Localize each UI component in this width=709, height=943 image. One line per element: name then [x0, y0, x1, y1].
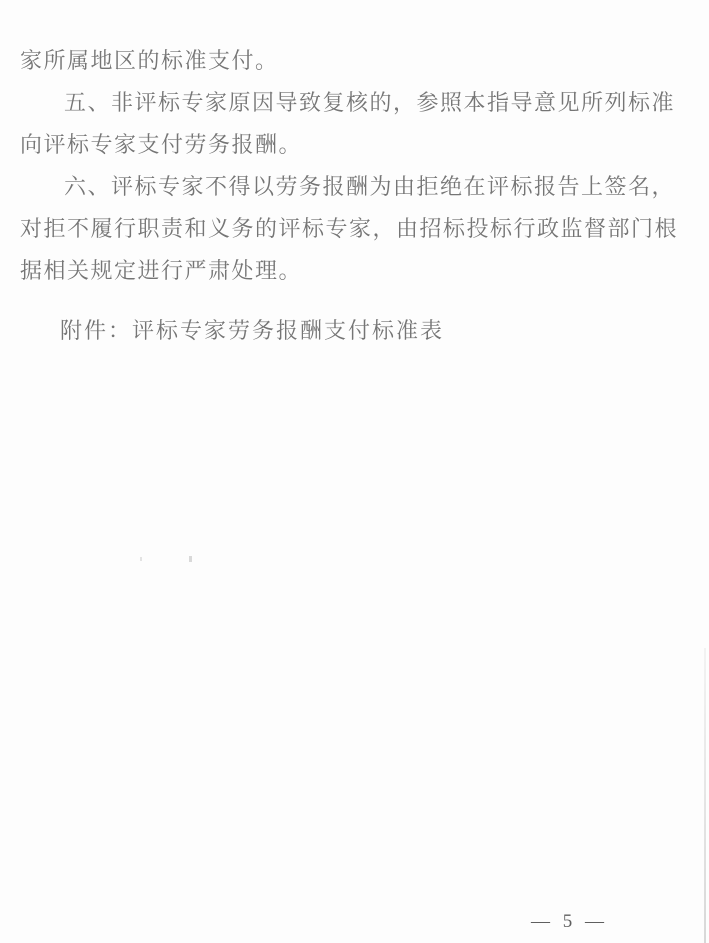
- document-line: 向评标专家支付劳务报酬。: [20, 124, 660, 166]
- scanned-document-page: 家所属地区的标准支付。五、非评标专家原因导致复核的，参照本指导意见所列标准向评标…: [0, 0, 709, 943]
- scan-speckle: [140, 557, 142, 561]
- attachment-note: 附件：评标专家劳务报酬支付标准表: [60, 310, 444, 352]
- page-number: — 5 —: [531, 910, 608, 934]
- document-line: 六、评标专家不得以劳务报酬为由拒绝在评标报告上签名，: [20, 166, 660, 208]
- scan-speckle: [189, 556, 192, 562]
- document-line: 据相关规定进行严肃处理。: [20, 250, 660, 292]
- document-body: 家所属地区的标准支付。五、非评标专家原因导致复核的，参照本指导意见所列标准向评标…: [20, 40, 660, 292]
- scan-edge-artifact: [704, 648, 706, 943]
- document-line: 对拒不履行职责和义务的评标专家，由招标投标行政监督部门根: [20, 208, 660, 250]
- document-line: 家所属地区的标准支付。: [20, 40, 660, 82]
- document-line: 五、非评标专家原因导致复核的，参照本指导意见所列标准: [20, 82, 660, 124]
- attachment-text: 附件：评标专家劳务报酬支付标准表: [60, 318, 444, 343]
